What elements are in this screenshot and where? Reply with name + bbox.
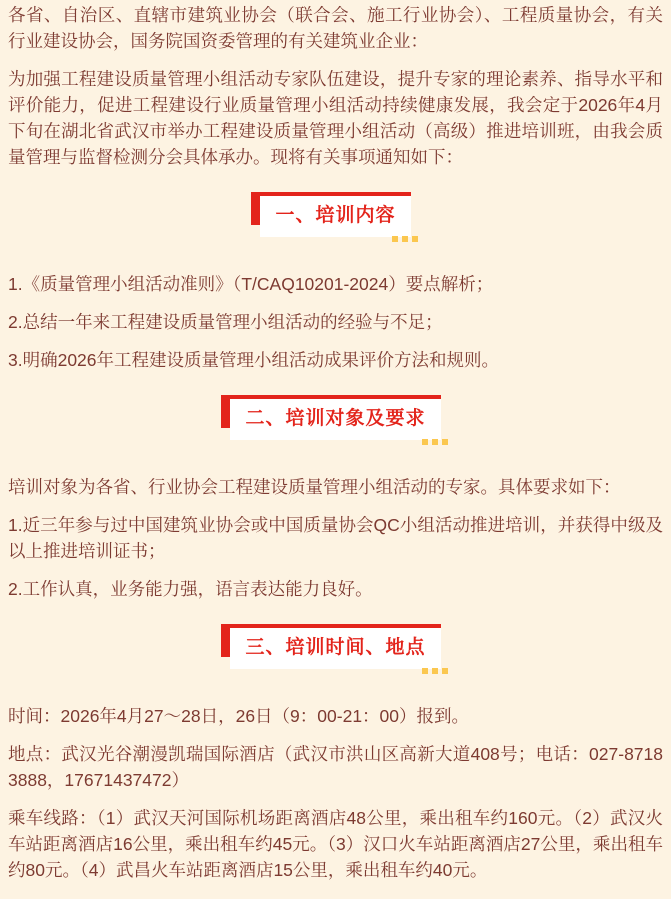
red-corner-bar-decoration (221, 624, 230, 657)
section-header: 三、培训时间、地点 (8, 624, 663, 669)
section-title-box: 二、培训对象及要求 (230, 395, 440, 440)
paragraph: 为加强工程建设质量管理小组活动专家队伍建设，提升专家的理论素养、指导水平和评价能… (8, 66, 663, 170)
paragraph: 时间：2026年4月27～28日，26日（9：00-21：00）报到。 (8, 703, 663, 729)
paragraph: 各省、自治区、直辖市建筑业协会（联合会、施工行业协会）、工程质量协会，有关行业建… (8, 2, 663, 54)
paragraph: 地点：武汉光谷潮漫凯瑞国际酒店（武汉市洪山区高新大道408号；电话：027-87… (8, 741, 663, 793)
gold-dots-decoration (422, 668, 448, 674)
paragraph: 培训对象为各省、行业协会工程建设质量管理小组活动的专家。具体要求如下： (8, 474, 663, 500)
red-corner-bar-decoration (251, 192, 260, 225)
sections-block: 一、培训内容 1.《质量管理小组活动准则》（T/CAQ10201-2024）要点… (8, 192, 663, 883)
section-paragraphs: 1.《质量管理小组活动准则》（T/CAQ10201-2024）要点解析；2.总结… (8, 271, 663, 373)
paragraph: 乘车线路：（1）武汉天河国际机场距离酒店48公里，乘出租车约160元。（2）武汉… (8, 805, 663, 883)
paragraph: 3.明确2026年工程建设质量管理小组活动成果评价方法和规则。 (8, 347, 663, 373)
paragraph: 1.近三年参与过中国建筑业协会或中国质量协会QC小组活动推进培训，并获得中级及以… (8, 512, 663, 564)
paragraph: 2.总结一年来工程建设质量管理小组活动的经验与不足； (8, 309, 663, 335)
notice-section: 一、培训内容 1.《质量管理小组活动准则》（T/CAQ10201-2024）要点… (8, 192, 663, 373)
notice-article: 各省、自治区、直辖市建筑业协会（联合会、施工行业协会）、工程质量协会，有关行业建… (8, 2, 663, 883)
section-header: 二、培训对象及要求 (8, 395, 663, 440)
notice-section: 三、培训时间、地点 时间：2026年4月27～28日，26日（9：00-21：0… (8, 624, 663, 883)
section-title: 三、培训时间、地点 (245, 637, 425, 658)
section-paragraphs: 时间：2026年4月27～28日，26日（9：00-21：00）报到。地点：武汉… (8, 703, 663, 883)
notice-section: 二、培训对象及要求 培训对象为各省、行业协会工程建设质量管理小组活动的专家。具体… (8, 395, 663, 602)
red-corner-bar-decoration (221, 395, 230, 428)
gold-dots-decoration (392, 236, 418, 242)
section-title-box: 三、培训时间、地点 (230, 624, 440, 669)
gold-dots-decoration (422, 439, 448, 445)
paragraph: 1.《质量管理小组活动准则》（T/CAQ10201-2024）要点解析； (8, 271, 663, 297)
section-paragraphs: 培训对象为各省、行业协会工程建设质量管理小组活动的专家。具体要求如下：1.近三年… (8, 474, 663, 602)
intro-block: 各省、自治区、直辖市建筑业协会（联合会、施工行业协会）、工程质量协会，有关行业建… (8, 2, 663, 170)
paragraph: 2.工作认真，业务能力强，语言表达能力良好。 (8, 576, 663, 602)
section-title: 二、培训对象及要求 (245, 408, 425, 429)
section-title: 一、培训内容 (275, 205, 395, 226)
section-header: 一、培训内容 (8, 192, 663, 237)
section-title-box: 一、培训内容 (260, 192, 410, 237)
